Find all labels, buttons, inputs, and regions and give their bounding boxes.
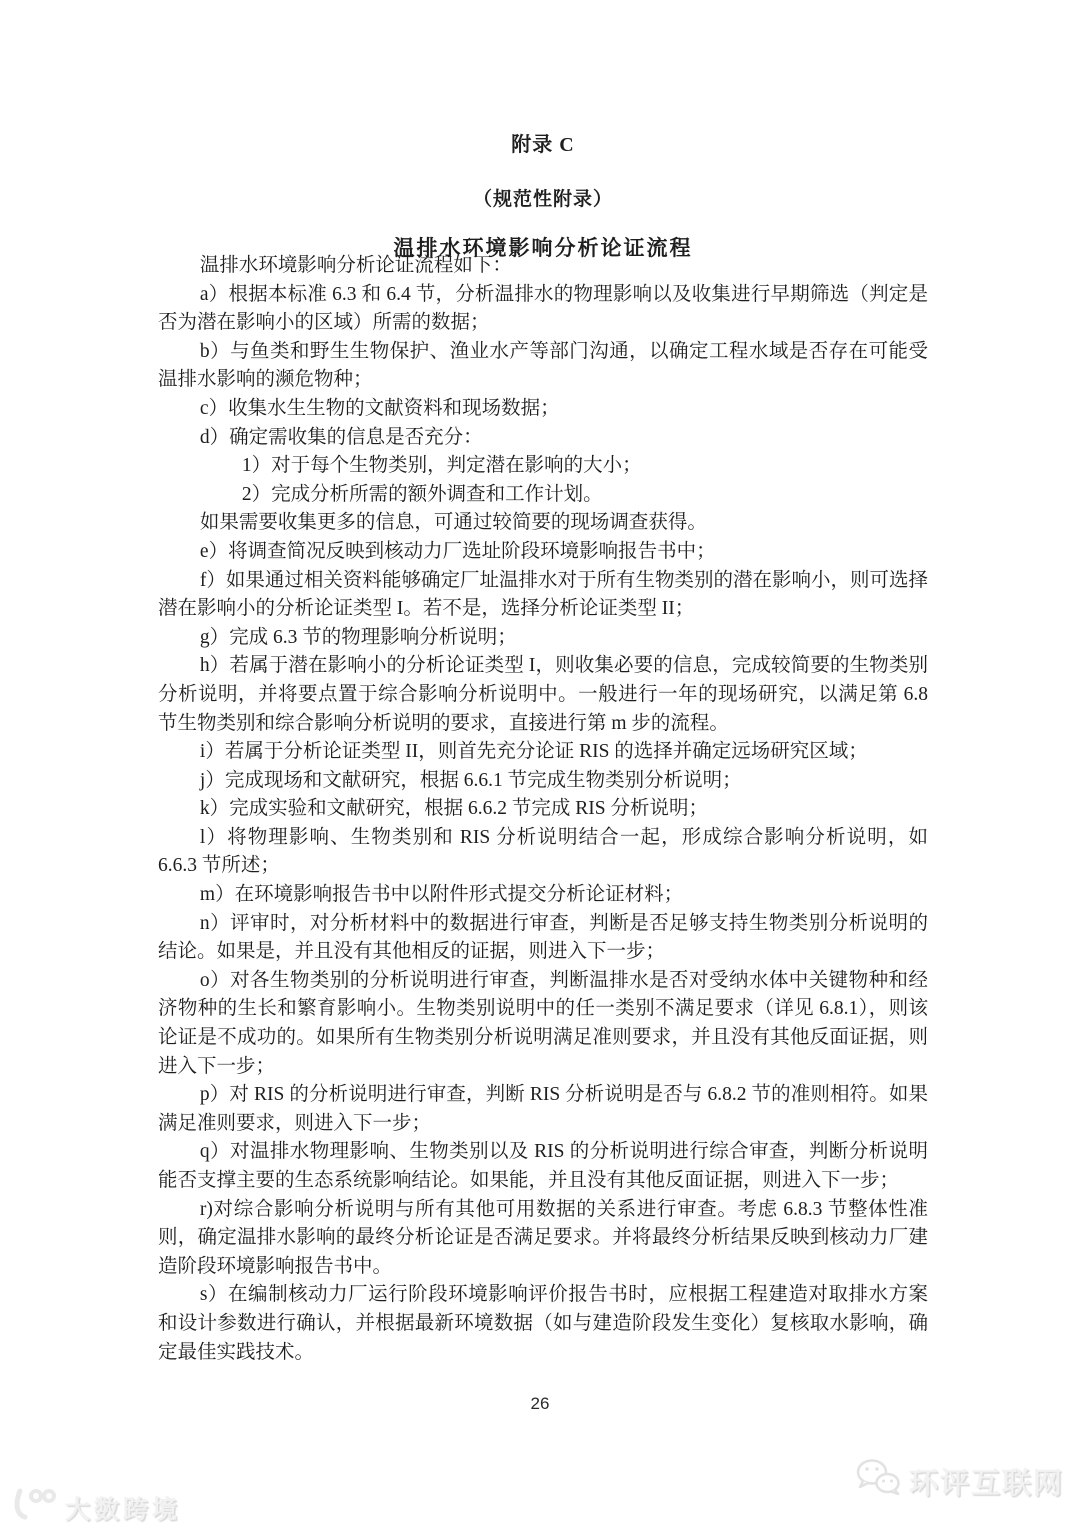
paragraph: h）若属于潜在影响小的分析论证类型 I，则收集必要的信息，完成较简要的生物类别分… — [158, 652, 928, 738]
paragraph: b）与鱼类和野生生物保护、渔业水产等部门沟通，以确定工程水域是否存在可能受温排水… — [158, 338, 928, 395]
paragraph: 1）对于每个生物类别，判定潜在影响的大小； — [158, 452, 928, 481]
body-text: 温排水环境影响分析论证流程如下： a）根据本标准 6.3 和 6.4 节，分析温… — [158, 252, 928, 1367]
paragraph: q）对温排水物理影响、生物类别以及 RIS 的分析说明进行综合审查，判断分析说明… — [158, 1138, 928, 1195]
paragraph: i）若属于分析论证类型 II，则首先充分论证 RIS 的选择并确定远场研究区域； — [158, 738, 928, 767]
appendix-type: （规范性附录） — [158, 184, 928, 211]
paragraph: n）评审时，对分析材料中的数据进行审查，判断是否足够支持生物类别分析说明的结论。… — [158, 910, 928, 967]
paragraph: m）在环境影响报告书中以附件形式提交分析论证材料； — [158, 881, 928, 910]
dashu-logo-icon — [10, 1487, 56, 1527]
title-block: 附录 C （规范性附录） 温排水环境影响分析论证流程 — [158, 128, 928, 262]
watermark-bottom-right: 环评互联网 — [855, 1458, 1064, 1504]
paragraph: f）如果通过相关资料能够确定厂址温排水对于所有生物类别的潜在影响小，则可选择潜在… — [158, 567, 928, 624]
wechat-icon — [855, 1458, 901, 1504]
paragraph: d）确定需收集的信息是否充分： — [158, 424, 928, 453]
paragraph: 2）完成分析所需的额外调查和工作计划。 — [158, 481, 928, 510]
paragraph: l）将物理影响、生物类别和 RIS 分析说明结合一起，形成综合影响分析说明，如 … — [158, 824, 928, 881]
document-page: 附录 C （规范性附录） 温排水环境影响分析论证流程 温排水环境影响分析论证流程… — [0, 0, 1080, 1527]
page-number: 26 — [0, 1394, 1080, 1414]
watermark-left-text: 大数跨境 — [65, 1490, 181, 1526]
paragraph: e）将调查简况反映到核动力厂选址阶段环境影响报告书中； — [158, 538, 928, 567]
paragraph: 如果需要收集更多的信息，可通过较简要的现场调查获得。 — [158, 509, 928, 538]
paragraph: c）收集水生生物的文献资料和现场数据； — [158, 395, 928, 424]
paragraph: o）对各生物类别的分析说明进行审查，判断温排水是否对受纳水体中关键物种和经济物种… — [158, 967, 928, 1081]
watermark-right-text: 环评互联网 — [909, 1461, 1064, 1502]
paragraph: g）完成 6.3 节的物理影响分析说明； — [158, 624, 928, 653]
paragraph: p）对 RIS 的分析说明进行审查，判断 RIS 分析说明是否与 6.8.2 节… — [158, 1081, 928, 1138]
paragraph: 温排水环境影响分析论证流程如下： — [158, 252, 928, 281]
paragraph: r)对综合影响分析说明与所有其他可用数据的关系进行审查。考虑 6.8.3 节整体… — [158, 1196, 928, 1282]
appendix-label: 附录 C — [158, 128, 928, 157]
paragraph: k）完成实验和文献研究，根据 6.6.2 节完成 RIS 分析说明； — [158, 795, 928, 824]
watermark-bottom-left: 大数跨境 — [10, 1487, 181, 1527]
paragraph: s）在编制核动力厂运行阶段环境影响评价报告书时，应根据工程建造对取排水方案和设计… — [158, 1281, 928, 1367]
paragraph: j）完成现场和文献研究，根据 6.6.1 节完成生物类别分析说明； — [158, 767, 928, 796]
paragraph: a）根据本标准 6.3 和 6.4 节，分析温排水的物理影响以及收集进行早期筛选… — [158, 281, 928, 338]
